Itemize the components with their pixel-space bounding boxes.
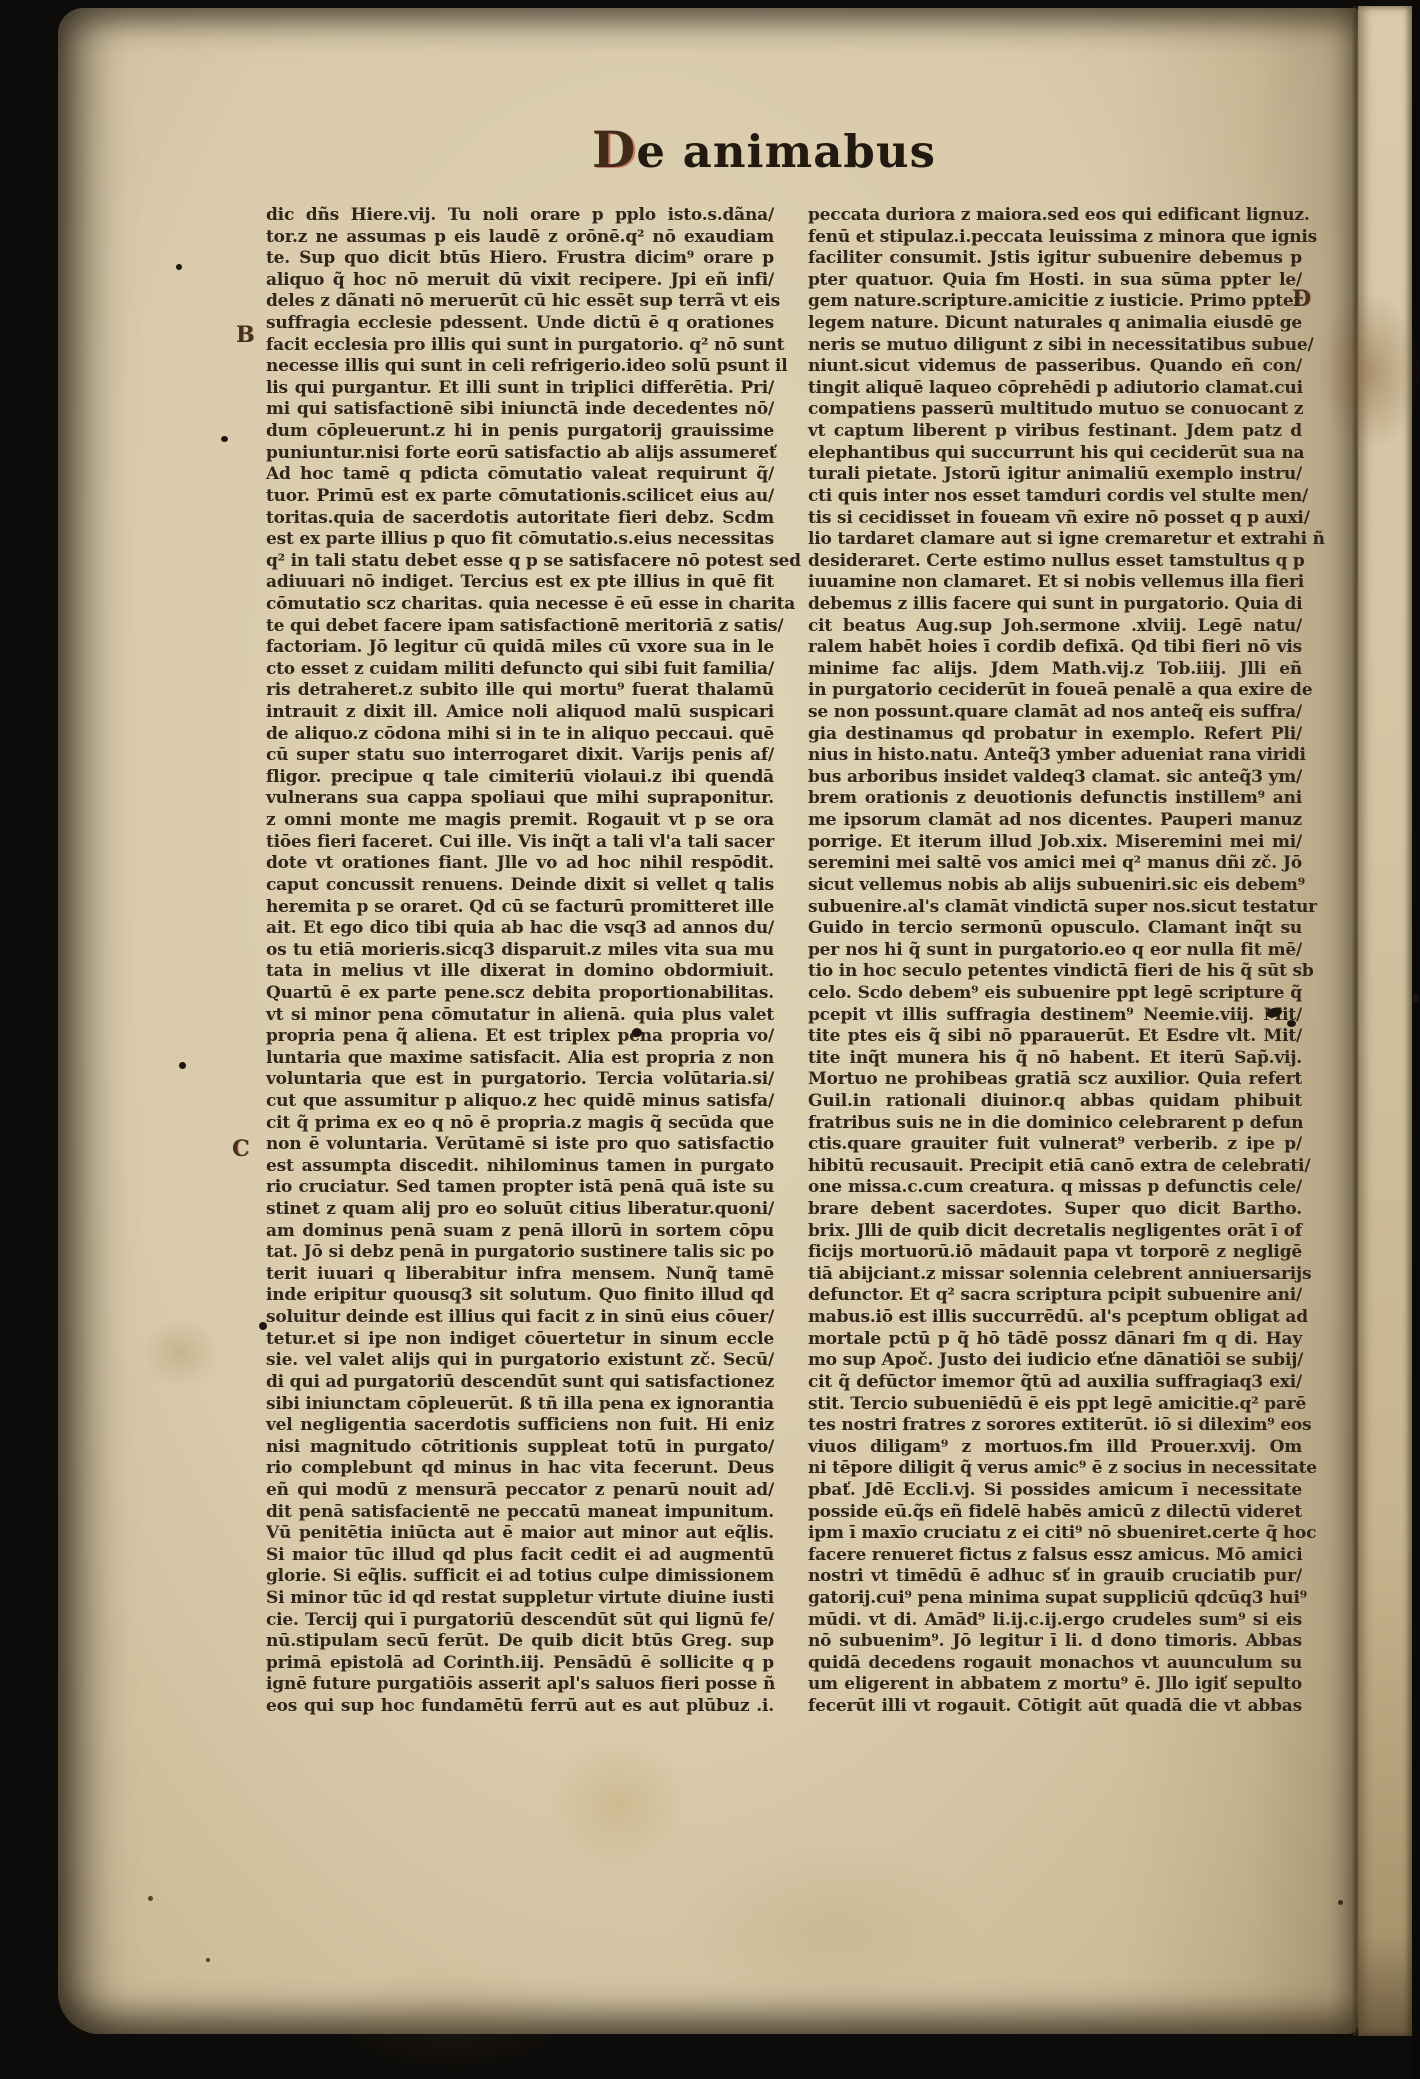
text-line: cto esset z cuidam militi defuncto qui s… (266, 659, 774, 681)
text-line: vel negligentia sacerdotis sufficiens no… (266, 1415, 774, 1437)
text-line: hibitū recusauit. Precipit etiā canō ext… (808, 1156, 1302, 1178)
marginal-letter-c: C (232, 1136, 250, 1162)
text-line: debemus z illis facere qui sunt in purga… (808, 594, 1302, 616)
text-line: cū super statu suo interrogaret dixit. V… (266, 745, 774, 767)
fore-edge-page-sliver (1358, 6, 1412, 2036)
text-line: tite ptes eis q̃ sibi nō pparauerūt. Et … (808, 1026, 1302, 1048)
scanned-book-photo: De animabus B C D dic dñs Hiere.vij. Tu … (0, 0, 1420, 2079)
text-line: per nos hi q̃ sunt in purgatorio.eo q eo… (808, 940, 1302, 962)
text-line: ni tēpore diligit q̃ verus amic⁹ ē z soc… (808, 1458, 1302, 1480)
text-line: fenū et stipulaz.i.peccata leuissima z m… (808, 227, 1302, 249)
text-line: deles z dãnati nō meruerūt cū hic essēt … (266, 291, 774, 313)
text-line: tetur.et si ipe non indiget cōuertetur i… (266, 1329, 774, 1351)
text-line: sie. vel valet alijs qui in purgatorio e… (266, 1350, 774, 1372)
text-line: vulnerans sua cappa spoliaui que mihi su… (266, 788, 774, 810)
text-line: seremini mei saltē vos amici mei q² manu… (808, 853, 1302, 875)
text-line: tiōes fieri faceret. Cui ille. Vis inq̃t… (266, 832, 774, 854)
text-line: bus arboribus insidet valdeq3 clamat. si… (808, 767, 1302, 789)
text-line: porrige. Et iterum illud Job.xix. Misere… (808, 832, 1302, 854)
text-line: mortale pctū p q̃ hō tādē possz dānari f… (808, 1329, 1302, 1351)
text-line: adiuuari nō indiget. Tercius est ex pte … (266, 572, 774, 594)
text-line: nū.stipulam secū ferūt. De quib dicit bt… (266, 1631, 774, 1653)
text-line: aliquo q̃ hoc nō meruit dū vixit reciper… (266, 270, 774, 292)
text-line: mabus.iō est illis succurrēdū. al's pcep… (808, 1307, 1302, 1329)
text-line: Quartū ē ex parte pene.scz debita propor… (266, 983, 774, 1005)
text-line: ficijs mortuorū.iō mādauit papa vt torpo… (808, 1242, 1302, 1264)
text-line: quidā decedens rogauit monachos vt auunc… (808, 1653, 1302, 1675)
text-line: te qui debet facere ipam satisfactionē m… (266, 616, 774, 638)
text-line: tata in melius vt ille dixerat in domino… (266, 961, 774, 983)
text-line: vt captum liberent p viribus festinant. … (808, 421, 1302, 443)
text-line: tingit aliquē laqueo cōprehēdi p adiutor… (808, 378, 1302, 400)
scan-edge-right (1412, 0, 1420, 2079)
text-line: est assumpta discedit. nihilominus tamen… (266, 1156, 774, 1178)
text-line: rio cruciatur. Sed tamen propter istā pe… (266, 1177, 774, 1199)
text-line: primā epistolā ad Corinth.iij. Pensādū ē… (266, 1653, 774, 1675)
text-line: pter quatuor. Quia fm Hosti. in sua sūma… (808, 270, 1302, 292)
text-line: faciliter consumit. Jstis igitur subueni… (808, 248, 1302, 270)
text-line: cti quis inter nos esset tamduri cordis … (808, 486, 1302, 508)
text-line: cie. Tercij qui ī purgatoriū descendūt s… (266, 1610, 774, 1632)
text-line: dic dñs Hiere.vij. Tu noli orare p pplo … (266, 205, 774, 227)
text-line: stit. Tercio subueniēdū ē eis ppt legē a… (808, 1394, 1302, 1416)
text-line: one missa.c.cum creatura. q missas p def… (808, 1177, 1302, 1199)
text-column-right: peccata duriora z maiora.sed eos qui edi… (808, 205, 1302, 1718)
text-line: ctis.quare grauiter fuit vulnerat⁹ verbe… (808, 1134, 1302, 1156)
text-line: q² in tali statu debet esse q p se satis… (266, 551, 774, 573)
text-line: eos qui sup hoc fundamētū ferrū aut es a… (266, 1696, 774, 1718)
text-line: me ipsorum clamāt ad nos dicentes. Paupe… (808, 810, 1302, 832)
text-line: gia destinamus qd probatur in exemplo. R… (808, 724, 1302, 746)
text-line: brare debent sacerdotes. Super quo dicit… (808, 1199, 1302, 1221)
text-line: Guil.in rationali diuinor.q abbas quidam… (808, 1091, 1302, 1113)
text-line: gatorij.cui⁹ pena minima supat suppliciū… (808, 1588, 1302, 1610)
text-line: peccata duriora z maiora.sed eos qui edi… (808, 205, 1302, 227)
text-line: ignē future purgatiōis asserit apl's sal… (266, 1674, 774, 1696)
text-line: factoriam. Jō legitur cū quidā miles cū … (266, 637, 774, 659)
text-line: voluntaria que est in purgatorio. Tercia… (266, 1069, 774, 1091)
text-line: Si maior tūc illud qd plus facit cedit e… (266, 1545, 774, 1567)
text-line: ralem habēt hoies ī cordib defixā. Qd ti… (808, 637, 1302, 659)
text-line: glorie. Si eq̃lis. sufficit ei ad totius… (266, 1566, 774, 1588)
text-line: fligor. precipue q tale cimiteriū violau… (266, 767, 774, 789)
text-line: z omni monte me magis premit. Rogauit vt… (266, 810, 774, 832)
text-line: cit beatus Aug.sup Joh.sermone .xlviij. … (808, 616, 1302, 638)
text-line: desideraret. Certe estimo nullus esset t… (808, 551, 1302, 573)
text-line: defunctor. Et q² sacra scriptura pcipit … (808, 1285, 1302, 1307)
text-line: suffragia ecclesie pdessent. Unde dictū … (266, 313, 774, 335)
text-line: compatiens passerū multitudo mutuo se co… (808, 399, 1302, 421)
text-line: legem nature. Dicunt naturales q animali… (808, 313, 1302, 335)
text-line: celo. Scdo debem⁹ eis subuenire ppt legē… (808, 983, 1302, 1005)
text-line: vt si minor pena cōmutatur in alienā. qu… (266, 1005, 774, 1027)
text-line: mi qui satisfactionē sibi iniunctā inde … (266, 399, 774, 421)
text-line: brix. Jlli de quib dicit decretalis negl… (808, 1221, 1302, 1243)
text-column-left: dic dñs Hiere.vij. Tu noli orare p pplo … (266, 205, 774, 1718)
text-line: in purgatorio ceciderūt in foueā penalē … (808, 680, 1302, 702)
text-line: te. Sup quo dicit btūs Hiero. Frustra di… (266, 248, 774, 270)
text-line: intrauit z dixit ill. Amice noli aliquod… (266, 702, 774, 724)
text-line: cit q̃ defūctor imemor q̃tū ad auxilia s… (808, 1372, 1302, 1394)
text-line: luntaria que maxime satisfacit. Alia est… (266, 1048, 774, 1070)
text-line: Si minor tūc id qd restat suppletur virt… (266, 1588, 774, 1610)
text-line: fratribus suis ne in die dominico celebr… (808, 1113, 1302, 1135)
text-line: brem orationis z deuotionis defunctis in… (808, 788, 1302, 810)
page-title: De animabus (592, 120, 932, 179)
text-line: nisi magnitudo cōtritionis suppleat totū… (266, 1437, 774, 1459)
text-line: sicut vellemus nobis ab alijs subueniri.… (808, 875, 1302, 897)
text-line: lio tardaret clamare aut si igne cremare… (808, 529, 1302, 551)
text-line: posside eū.q̃s eñ fidelē habēs amicū z d… (808, 1502, 1302, 1524)
text-line: puniuntur.nisi forte eorū satisfactio ab… (266, 443, 774, 465)
text-line: facit ecclesia pro illis qui sunt in pur… (266, 335, 774, 357)
text-line: am dominus penā suam z penā illorū in so… (266, 1221, 774, 1243)
text-line: ait. Et ego dico tibi quia ab hac die vs… (266, 918, 774, 940)
text-line: dit penā satisfacientē ne peccatū maneat… (266, 1502, 774, 1524)
text-line: de aliquo.z cōdona mihi si in te in aliq… (266, 724, 774, 746)
text-line: niunt.sicut videmus de passeribus. Quand… (808, 356, 1302, 378)
text-line: mo sup Apoč. Justo dei iudicio eťne dāna… (808, 1350, 1302, 1372)
text-line: facere renueret fictus z falsus essz ami… (808, 1545, 1302, 1567)
text-line: cut que assumitur p aliquo.z hec quidē m… (266, 1091, 774, 1113)
text-line: di qui ad purgatoriū descendūt sunt qui … (266, 1372, 774, 1394)
text-line: sibi iniunctam cōpleuerūt. ß tñ illa pen… (266, 1394, 774, 1416)
text-line: nius in histo.natu. Anteq̃3 ymber adueni… (808, 745, 1302, 767)
text-line: minime fac alijs. Jdem Math.vij.z Tob.ii… (808, 659, 1302, 681)
text-line: pbať. Jdē Eccli.vj. Si possides amicum ī… (808, 1480, 1302, 1502)
text-line: um eligerent in abbatem z mortu⁹ ē. Jllo… (808, 1674, 1302, 1696)
text-line: est ex parte illius p quo fit cōmutatio.… (266, 529, 774, 551)
text-line: subuenire.al's clamāt vindictā super nos… (808, 897, 1302, 919)
text-line: tiā abijciant.z missar solennia celebren… (808, 1264, 1302, 1286)
text-line: propria pena q̃ aliena. Et est triplex p… (266, 1026, 774, 1048)
text-line: tite inq̃t munera his q̃ nō habent. Et i… (808, 1048, 1302, 1070)
text-line: Mortuo ne prohibeas gratiā scz auxilior.… (808, 1069, 1302, 1091)
text-line: nō subuenim⁹. Jō legitur ī li. d dono ti… (808, 1631, 1302, 1653)
text-line: tes nostri fratres z sorores extiterūt. … (808, 1415, 1302, 1437)
text-line: lis qui purgantur. Et illi sunt in tripl… (266, 378, 774, 400)
text-line: dote vt orationes fiant. Jlle vo ad hoc … (266, 853, 774, 875)
text-line: nostri vt timēdū ē adhuc sť in grauib cr… (808, 1566, 1302, 1588)
text-line: Ad hoc tamē q pdicta cōmutatio valeat re… (266, 464, 774, 486)
text-line: inde eripitur quousq3 sit solutum. Quo f… (266, 1285, 774, 1307)
text-line: ipm ī maxīo cruciatu z ei citi⁹ nō sbuen… (808, 1523, 1302, 1545)
text-line: necesse illis qui sunt in celi refrigeri… (266, 356, 774, 378)
text-line: terit iuuari q liberabitur infra mensem.… (266, 1264, 774, 1286)
text-line: fecerūt illi vt rogauit. Cōtigit aūt qua… (808, 1696, 1302, 1718)
text-line: se non possunt.quare clamāt ad nos anteq… (808, 702, 1302, 724)
text-line: tor.z ne assumas p eis laudē z orōnē.q² … (266, 227, 774, 249)
text-line: iuuamine non clamaret. Et si nobis velle… (808, 572, 1302, 594)
text-line: soluitur deinde est illius qui facit z i… (266, 1307, 774, 1329)
text-line: non ē voluntaria. Verūtamē si iste pro q… (266, 1134, 774, 1156)
title-rest: e animabus (636, 125, 936, 178)
text-line: stinet z quam alij pro eo soluūt citius … (266, 1199, 774, 1221)
text-line: toritas.quia de sacerdotis autoritate fi… (266, 508, 774, 530)
text-line: tuor. Primū est ex parte cōmutationis.sc… (266, 486, 774, 508)
text-line: tio in hoc seculo petentes vindictā fier… (808, 961, 1302, 983)
text-line: viuos diligam⁹ z mortuos.fm illd Prouer.… (808, 1437, 1302, 1459)
text-line: turali pietate. Jstorū igitur animaliū e… (808, 464, 1302, 486)
text-line: Guido in tercio sermonū opusculo. Claman… (808, 918, 1302, 940)
text-line: gem nature.scripture.amicitie z iusticie… (808, 291, 1302, 313)
text-line: mūdi. vt di. Amād⁹ li.ij.c.ij.ergo crude… (808, 1610, 1302, 1632)
title-initial: D (592, 120, 636, 179)
text-line: caput concussit renuens. Deinde dixit si… (266, 875, 774, 897)
text-line: dum cōpleuerunt.z hi in penis purgatorij… (266, 421, 774, 443)
text-line: cōmutatio scz charitas. quia necesse ē e… (266, 594, 774, 616)
text-line: Vū penitētia iniūcta aut ē maior aut min… (266, 1523, 774, 1545)
text-line: heremita p se oraret. Qd cū se facturū p… (266, 897, 774, 919)
text-line: eñ qui modū z mensurā peccator z penarū … (266, 1480, 774, 1502)
text-line: cit q̃ prima ex eo q nō ē propria.z magi… (266, 1113, 774, 1135)
text-line: elephantibus qui succurrunt his qui ceci… (808, 443, 1302, 465)
text-line: pcepit vt illis suffragia destinem⁹ Neem… (808, 1005, 1302, 1027)
text-line: rio complebunt qd minus in hac vita fece… (266, 1458, 774, 1480)
text-line: neris se mutuo diligunt z sibi in necess… (808, 335, 1302, 357)
marginal-letter-b: B (236, 322, 255, 348)
text-line: tis si cecidisset in foueam vñ exire nō … (808, 508, 1302, 530)
text-line: tat. Jō si debz penā in purgatorio susti… (266, 1242, 774, 1264)
text-line: ris detraheret.z subito ille qui mortu⁹ … (266, 680, 774, 702)
text-line: os tu etiā morieris.sicq3 disparuit.z mi… (266, 940, 774, 962)
